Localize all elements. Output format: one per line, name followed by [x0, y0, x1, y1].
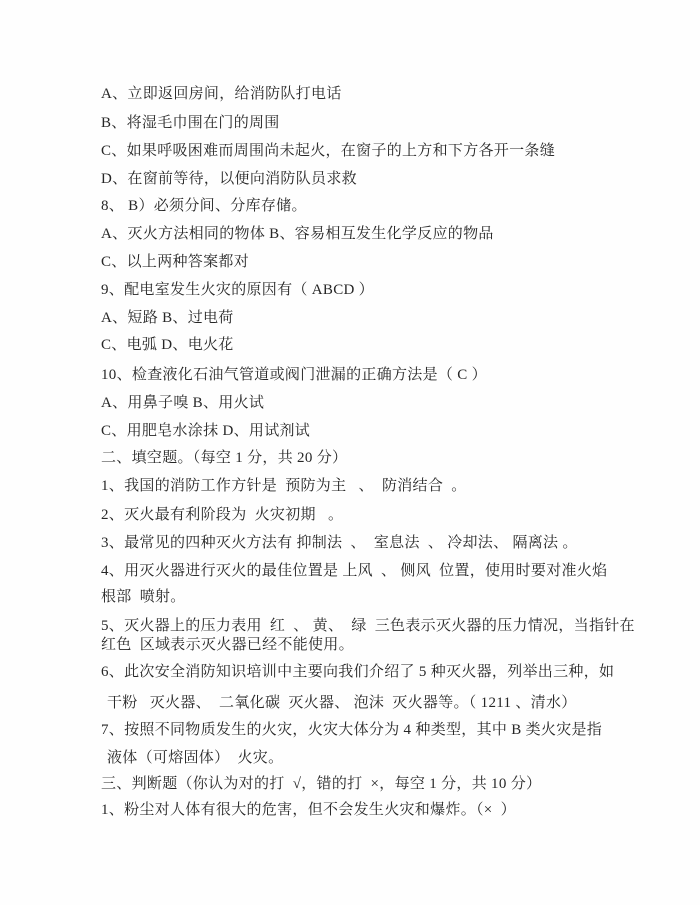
- text-line-judge-1: 1、粉尘对人体有很大的危害，但不会发生火灾和爆炸。（× ）: [101, 802, 516, 818]
- text-line-question-8: 8、 B）必须分间、分库存储。: [101, 198, 307, 214]
- text-line-fill-6-wrap: 干粉 灭火器、 二氧化碳 灭火器、 泡沫 灭火器等。（ 1211 、清水）: [107, 695, 577, 711]
- text-line-fill-7: 7、按照不同物质发生的火灾，火灾大体分为 4 种类型，其中 B 类火灾是指: [101, 722, 602, 738]
- document-page: A、立即返回房间，给消防队打电话 B、将湿毛巾围在门的周围 C、如果呼吸困难而周…: [0, 0, 700, 905]
- text-line-q9-options-cd: C、电弧 D、电火花: [101, 337, 234, 353]
- text-line-q10-options-ab: A、用鼻子嗅 B、用火试: [101, 395, 264, 411]
- text-line-fill-4-wrap: 根部 喷射。: [101, 589, 186, 605]
- text-line-option-d: D、在窗前等待，以便向消防队员求救: [101, 171, 357, 187]
- text-line-fill-5: 5、灭火器上的压力表用 红 、 黄、 绿 三色表示灭火器的压力情况，当指针在: [101, 618, 635, 634]
- section-heading-fill-in: 二、填空题。（每空 1 分，共 20 分）: [101, 450, 347, 466]
- text-line-q9-options-ab: A、短路 B、过电荷: [101, 310, 234, 326]
- text-line-option-b: B、将湿毛巾围在门的周围: [101, 115, 280, 131]
- text-line-question-9: 9、配电室发生火灾的原因有（ ABCD ）: [101, 282, 374, 298]
- text-line-fill-5-wrap: 红色 区域表示灭火器已经不能使用。: [101, 637, 354, 653]
- text-line-fill-1: 1、我国的消防工作方针是 预防为主 、 防消结合 。: [101, 478, 467, 494]
- text-line-q8-options-ab: A、灭火方法相同的物体 B、容易相互发生化学反应的物品: [101, 226, 494, 242]
- text-line-option-c: C、如果呼吸困难而周围尚未起火，在窗子的上方和下方各开一条缝: [101, 143, 555, 159]
- text-line-fill-7-wrap: 液体（可熔固体） 火灾。: [107, 750, 283, 766]
- text-line-fill-4: 4、用灭火器进行灭火的最佳位置是 上风 、 侧风 位置，使用时要对准火焰: [101, 563, 607, 579]
- section-heading-true-false: 三、判断题（你认为对的打 √，错的打 ×，每空 1 分，共 10 分）: [101, 776, 541, 792]
- text-line-option-a: A、立即返回房间，给消防队打电话: [101, 86, 342, 102]
- text-line-question-10: 10、检查液化石油气管道或阀门泄漏的正确方法是（ C ）: [101, 367, 487, 383]
- text-line-fill-6: 6、此次安全消防知识培训中主要向我们介绍了 5 种灭火器，列举出三种，如: [101, 664, 614, 680]
- text-line-q8-option-c: C、以上两种答案都对: [101, 254, 249, 270]
- text-line-fill-3: 3、最常见的四种灭火方法有 抑制法 、 室息法 、 冷却法、 隔离法 。: [101, 535, 578, 551]
- text-line-fill-2: 2、灭火最有利阶段为 火灾初期 。: [101, 507, 343, 523]
- text-line-q10-options-cd: C、用肥皂水涂抹 D、用试剂试: [101, 423, 310, 439]
